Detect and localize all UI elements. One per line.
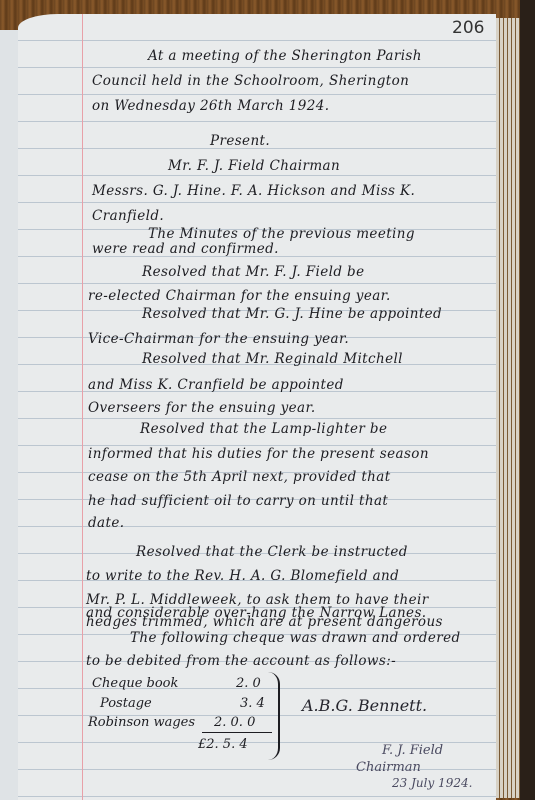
minute-line: Resolved that Mr. F. J. Field be (142, 264, 365, 280)
minute-line: Resolved that the Lamp-lighter be (140, 421, 387, 437)
total-rule (202, 732, 272, 733)
minute-line: Cranfield. (92, 208, 164, 224)
account-brace (268, 672, 280, 760)
minute-line: cease on the 5th April next, provided th… (88, 469, 391, 485)
minute-line: Overseers for the ensuing year. (88, 400, 316, 416)
minute-line: Resolved that the Clerk be instructed (136, 544, 408, 560)
minute-line: date. (88, 515, 124, 531)
minute-line: Resolved that Mr. Reginald Mitchell (142, 351, 403, 367)
minute-line: Messrs. G. J. Hine. F. A. Hickson and Mi… (92, 183, 415, 199)
minute-line: to write to the Rev. H. A. G. Blomefield… (86, 568, 399, 584)
minute-line: Mr. F. J. Field Chairman (168, 158, 340, 174)
page-number: 206 (452, 18, 484, 38)
page-stack-edges (496, 18, 520, 798)
minute-line: Resolved that Mr. G. J. Hine be appointe… (142, 306, 442, 322)
account-item-amount: 3. 4 (240, 696, 265, 711)
minute-line: and considerable over-hang the Narrow La… (86, 605, 426, 621)
minute-line: Vice-Chairman for the ensuing year. (88, 331, 349, 347)
minute-line: re-elected Chairman for the ensuing year… (88, 288, 391, 304)
approval-date: 23 July 1924. (392, 776, 472, 790)
present-heading: Present. (210, 133, 270, 149)
minute-line: to be debited from the account as follow… (86, 653, 396, 669)
minute-line: The following cheque was drawn and order… (130, 630, 461, 646)
minute-line: were read and confirmed. (92, 241, 279, 257)
account-total: £2. 5. 4 (198, 737, 248, 752)
minute-line: he had sufficient oil to carry on until … (88, 493, 388, 509)
chairman-signature: F. J. Field (382, 743, 443, 758)
book-cover (520, 0, 535, 800)
account-item-label: Robinson wages (88, 715, 195, 730)
payee-signature: A.B.G. Bennett. (302, 696, 427, 715)
minute-line: Council held in the Schoolroom, Sheringt… (92, 73, 409, 89)
minute-line: The Minutes of the previous meeting (148, 226, 415, 242)
minute-line: At a meeting of the Sherington Parish (148, 48, 422, 64)
minute-line: on Wednesday 26th March 1924. (92, 98, 329, 114)
minute-line: informed that his duties for the present… (88, 446, 429, 462)
red-margin-line (82, 14, 83, 800)
account-item-amount: 2. 0. 0 (214, 715, 255, 730)
account-item-amount: 2. 0 (236, 676, 261, 691)
chairman-title: Chairman (356, 760, 421, 775)
account-item-label: Cheque book (92, 676, 178, 691)
account-item-label: Postage (100, 696, 152, 711)
minute-line: and Miss K. Cranfield be appointed (88, 377, 344, 393)
